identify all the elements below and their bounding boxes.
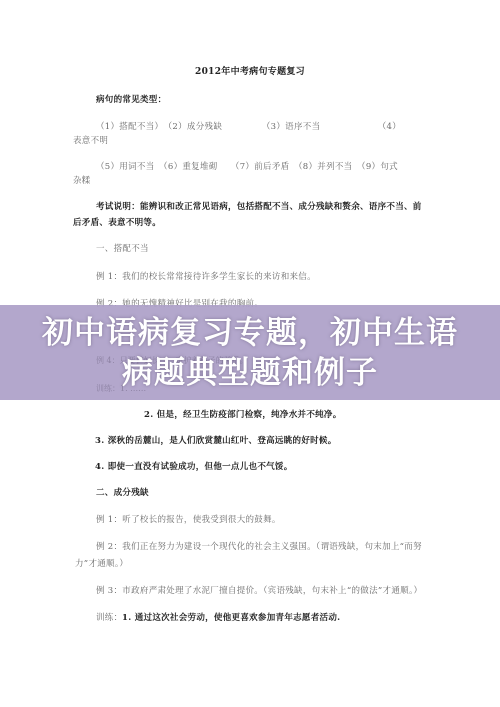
part1-practice-2: 2. 但是，经卫生防疫部门检察，纯净水并不纯净。	[144, 408, 342, 420]
title-banner: 例 4：只要护好长，一定护着孩子的关系。 训练：1. …… 初中语病复习专题，初…	[0, 305, 500, 400]
document-page: 2012年中考病句专题复习 病句的常见类型： （1）搭配不当） （2）成分残缺 …	[0, 0, 500, 707]
part2-example-1: 例 1：听了校长的报告，使我受到很大的鼓舞。	[96, 513, 281, 525]
part2-example-3: 例 3：市政府严肃处理了水泥厂擅自提价。（宾语残缺，句末补上“的做法”才通顺。）	[96, 584, 422, 596]
types-line-2: （5）用词不当 （6）重复堆砌 （7）前后矛盾 （8）并列不当 （9）句式	[96, 160, 398, 172]
part1-practice-4: 4. 即使一直没有试验成功，但他一点儿也不气馁。	[95, 460, 293, 472]
part2-heading: 二、成分残缺	[96, 486, 149, 498]
part2-example-2-line-1: 例 2：我们正在努力为建设一个现代化的社会主义强国。（谓语残缺，句末加上“而努	[96, 540, 422, 552]
part2-example-2-line-2: 力”才通顺。）	[75, 557, 128, 569]
types-line-1-cont: 表意不明	[73, 134, 108, 146]
document-title: 2012年中考病句专题复习	[0, 64, 500, 77]
banner-title: 初中语病复习专题，初中生语病题典型题和例子	[40, 313, 460, 393]
exam-note-line-2: 后矛盾、表意不明等。	[73, 216, 161, 228]
section-heading: 病句的常见类型：	[96, 93, 166, 105]
types-line-2-cont: 杂糅	[73, 174, 91, 186]
part1-heading: 一、搭配不当	[96, 242, 149, 254]
part1-practice-3: 3. 深秋的岳麓山，是人们欣赏麓山红叶、登高远眺的好时候。	[95, 434, 337, 446]
part2-practice-label: 训练：	[96, 611, 122, 623]
types-line-1: （1）搭配不当） （2）成分残缺 （3）语序不当 （4）	[96, 120, 401, 132]
part1-example-1: 例 1：我们的校长常常接待许多学生家长的来访和来信。	[96, 270, 316, 282]
part2-practice-1: 1. 通过这次社会劳动，使他更喜欢参加青年志愿者活动.	[122, 611, 340, 623]
exam-note-line-1: 考试说明：能辨识和改正常见语病，包括搭配不当、成分残缺和赘余、语序不当、前	[96, 200, 422, 212]
